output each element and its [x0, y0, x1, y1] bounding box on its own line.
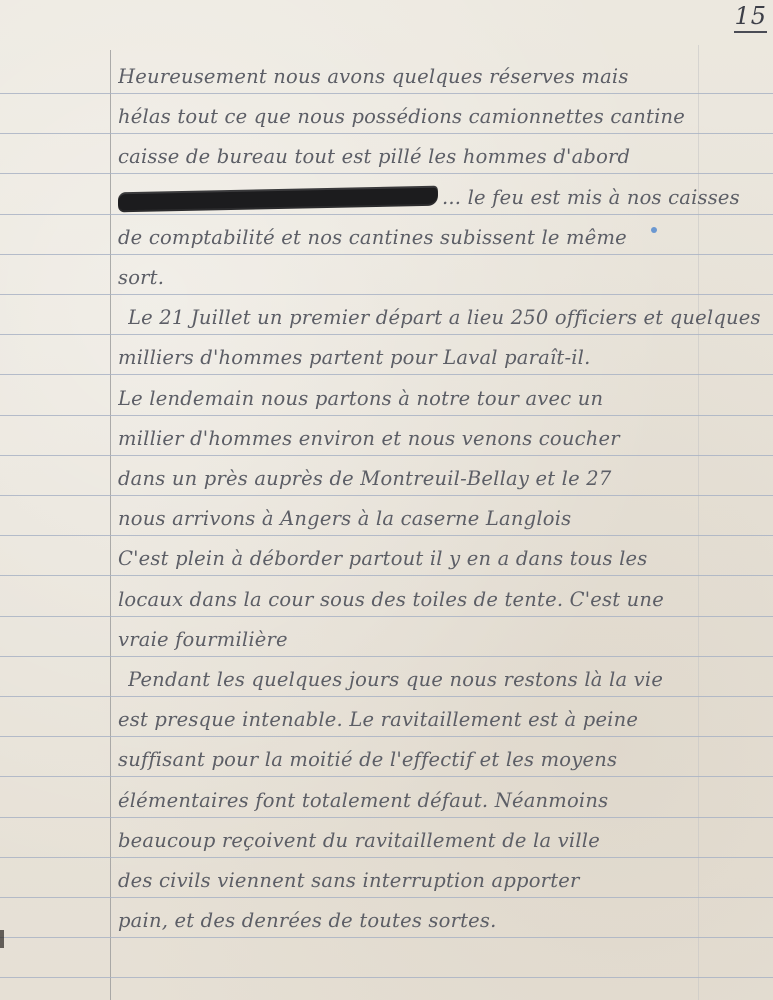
text-line: nous arrivons à Angers à la caserne Lang…	[118, 499, 769, 539]
text-line: Heureusement nous avons quelques réserve…	[118, 57, 769, 97]
text-line: est presque intenable. Le ravitaillement…	[118, 700, 769, 740]
text-line: de comptabilité et nos cantines subissen…	[118, 218, 769, 258]
text-line: hélas tout ce que nous possédions camion…	[118, 97, 769, 137]
text-line: caisse de bureau tout est pillé les homm…	[118, 137, 769, 177]
text-line: locaux dans la cour sous des toiles de t…	[118, 580, 769, 620]
text-line: Pendant les quelques jours que nous rest…	[128, 660, 769, 700]
text-line-redacted: ... le feu est mis à nos caisses	[118, 178, 769, 218]
text-line: millier d'hommes environ et nous venons …	[118, 419, 769, 459]
text-after-redaction: ... le feu est mis à nos caisses	[442, 186, 740, 209]
page-edge-mark	[0, 930, 4, 948]
ink-blot	[651, 227, 657, 233]
text-line: Le lendemain nous partons à notre tour a…	[118, 379, 769, 419]
text-line: dans un près auprès de Montreuil-Bellay …	[118, 459, 769, 499]
text-line: des civils viennent sans interruption ap…	[118, 861, 769, 901]
text-line: pain, et des denrées de toutes sortes.	[118, 901, 769, 941]
notebook-page: 15 Heureusement nous avons quelques rése…	[0, 0, 773, 1000]
text-line: milliers d'hommes partent pour Laval par…	[118, 338, 769, 378]
text-line: vraie fourmilière	[118, 620, 769, 660]
redaction-scribble	[118, 187, 438, 210]
text-line: beaucoup reçoivent du ravitaillement de …	[118, 821, 769, 861]
text-line: sort.	[118, 258, 769, 298]
text-line: C'est plein à déborder partout il y en a…	[118, 539, 769, 579]
page-number: 15	[734, 2, 767, 33]
text-line: Le 21 Juillet un premier départ a lieu 2…	[128, 298, 769, 338]
text-line: élémentaires font totalement défaut. Néa…	[118, 781, 769, 821]
ruled-line	[0, 977, 773, 978]
text-line: suffisant pour la moitié de l'effectif e…	[118, 740, 769, 780]
